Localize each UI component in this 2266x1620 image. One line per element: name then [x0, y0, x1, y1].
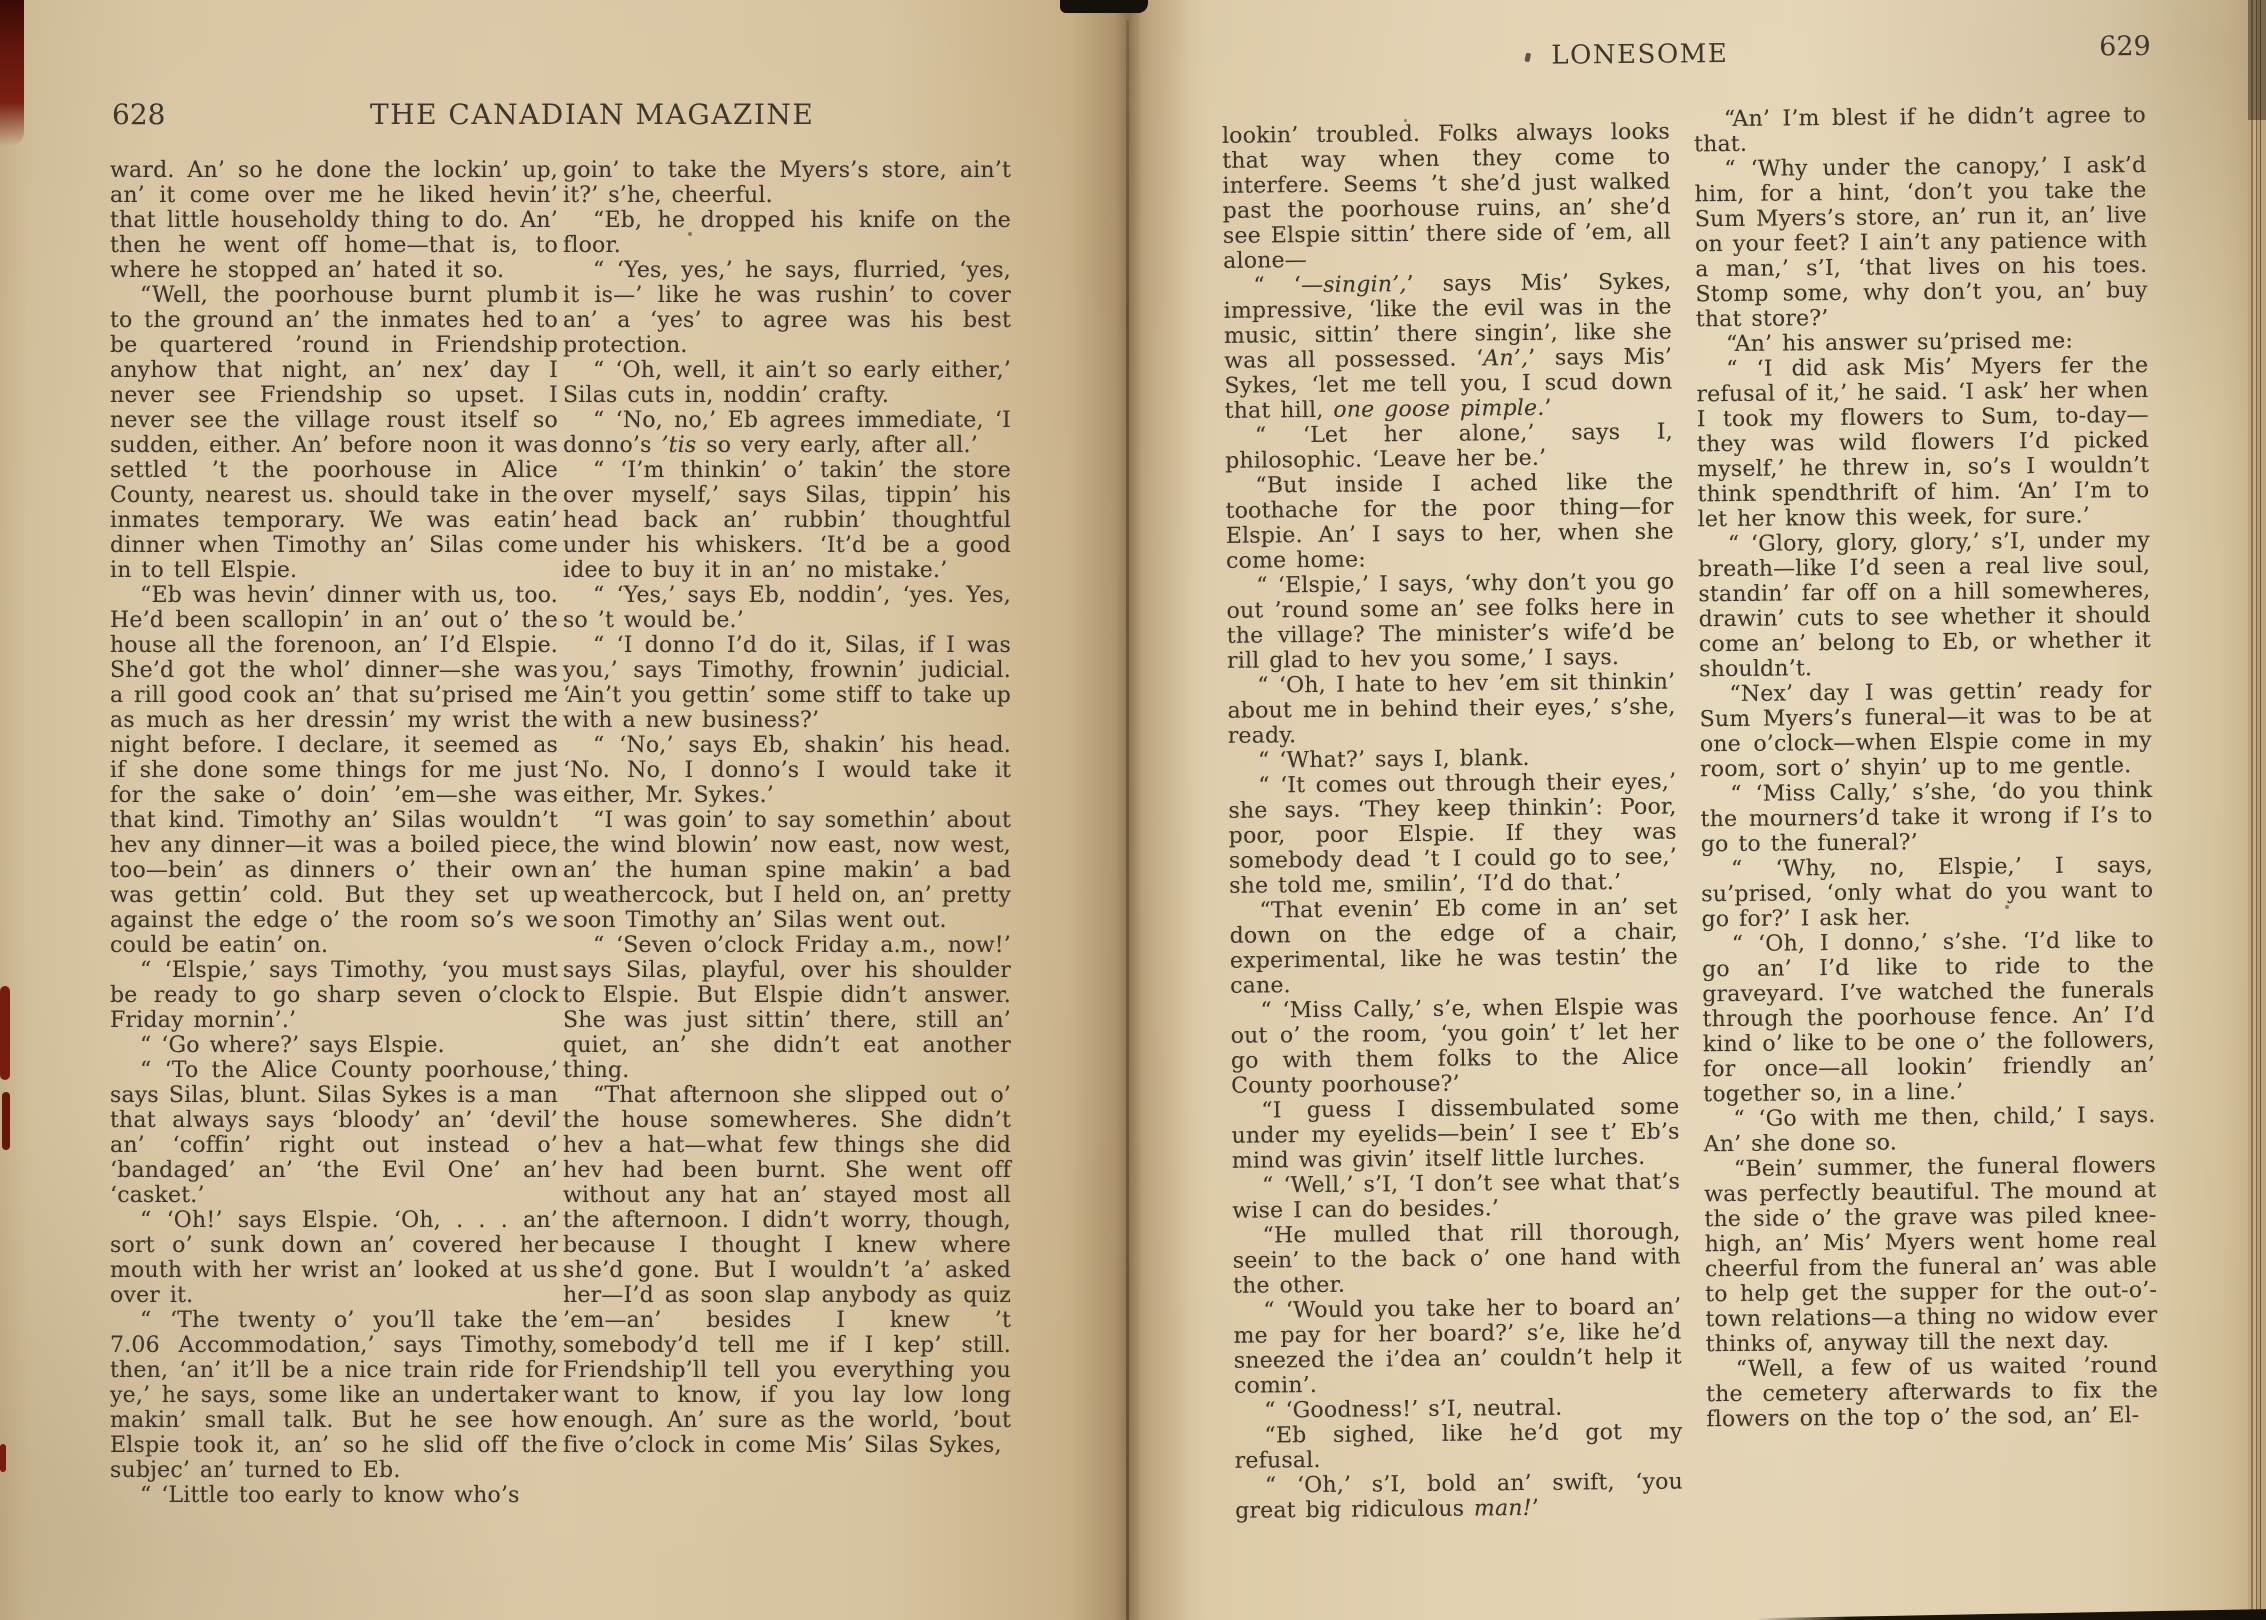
- red-cover-edge-mark: [0, 0, 24, 146]
- paragraph: “ ‘Oh, well, it ain’t so early either,’ …: [563, 358, 1011, 408]
- paragraph: “ ‘Elspie,’ says Timothy, ‘you must be r…: [110, 958, 558, 1033]
- page-number-left: 628: [112, 98, 165, 131]
- paragraph: “ ‘I did ask Mis’ Myers fer the refusal …: [1696, 353, 2150, 532]
- paragraph: “ ‘Would you take her to board an’ me pa…: [1233, 1294, 1682, 1398]
- text-column-3: lookin’ troubled. Folks always looks tha…: [1222, 120, 1683, 1524]
- right-page-content: LONESOME 629 lookin’ troubled. Folks alw…: [1121, 0, 2266, 1620]
- paragraph: “ ‘I’m thinkin’ o’ takin’ the store over…: [563, 458, 1011, 583]
- red-cover-edge-mark: [0, 1444, 6, 1472]
- paragraph: “But inside I ached like the toothache f…: [1225, 470, 1674, 574]
- paragraph: “ ‘Go where?’ says Elspie.: [110, 1033, 558, 1058]
- paragraph: “ ‘It comes out through their eyes,’ she…: [1228, 770, 1677, 899]
- paragraph: “Bein’ summer, the funeral flowers was p…: [1704, 1153, 2158, 1357]
- paragraph: “ ‘Little too early to know who’s: [110, 1483, 558, 1508]
- text-column-4: “An’ I’m blest if he didn’t agree to tha…: [1694, 103, 2159, 1432]
- paragraph: “Well, the poorhouse burnt plumb to the …: [110, 283, 558, 583]
- paragraph: “ ‘I donno I’d do it, Silas, if I was yo…: [563, 633, 1011, 733]
- paragraph: ward. An’ so he done the lockin’ up, an’…: [110, 158, 558, 283]
- paragraph: “ ‘Yes,’ says Eb, noddin’, ‘yes. Yes, so…: [563, 583, 1011, 633]
- paragraph: “ ‘Let her alone,’ says I, philosophic. …: [1225, 420, 1673, 474]
- paragraph: “ ‘Elspie,’ I says, ‘why don’t you go ou…: [1226, 570, 1675, 674]
- red-cover-edge-mark: [2, 1092, 10, 1150]
- text-column-2: goin’ to take the Myers’s store, ain’t i…: [563, 158, 1011, 1458]
- paragraph: “I was goin’ to say somethin’ about the …: [563, 808, 1011, 933]
- paragraph: “ ‘Miss Cally,’ s’e, when Elspie was out…: [1230, 994, 1679, 1098]
- ink-speck: [1524, 52, 1531, 62]
- paragraph: goin’ to take the Myers’s store, ain’t i…: [563, 158, 1011, 208]
- text-column-1: ward. An’ so he done the lockin’ up, an’…: [110, 158, 558, 1508]
- paragraph: “That afternoon she slipped out o’ the h…: [563, 1083, 1011, 1458]
- paragraph: “ ‘Glory, glory, glory,’ s’I, under my b…: [1698, 528, 2151, 682]
- paragraph: “ ‘Why, no, Elspie,’ I says, su’prised, …: [1701, 853, 2154, 932]
- paragraph: “Well, a few of us waited ’round the cem…: [1706, 1353, 2159, 1432]
- paragraph: “ ‘Oh, I donno,’ s’she. ‘I’d like to go …: [1702, 928, 2156, 1107]
- paragraph: “ ‘Seven o’clock Friday a.m., now!’ says…: [563, 933, 1011, 1083]
- paragraph: “ ‘Oh,’ s’I, bold an’ swift, ‘you great …: [1235, 1469, 1683, 1523]
- paragraph: “ ‘No,’ says Eb, shakin’ his head. ‘No. …: [563, 733, 1011, 808]
- book-scan: 628 THE CANADIAN MAGAZINE ward. An’ so h…: [0, 0, 2266, 1620]
- page-number-right: 629: [2099, 31, 2151, 62]
- paragraph: “ ‘Miss Cally,’ s’she, ‘do you think the…: [1700, 778, 2153, 857]
- paragraph: “ ‘Go with me then, child,’ I says. An’ …: [1703, 1103, 2155, 1157]
- paragraph: “Eb, he dropped his knife on the floor.: [563, 208, 1011, 258]
- paragraph: “I guess I dissembulated some under my e…: [1231, 1094, 1680, 1173]
- paragraph: “ ‘Yes, yes,’ he says, flurried, ‘yes, i…: [563, 258, 1011, 358]
- paragraph: “ ‘No, no,’ Eb agrees immediate, ‘I donn…: [563, 408, 1011, 458]
- paragraph: “ ‘Why under the canopy,’ I ask’d him, f…: [1694, 153, 2148, 332]
- paragraph: “Eb was hevin’ dinner with us, too. He’d…: [110, 583, 558, 958]
- paragraph: “ ‘Oh!’ says Elspie. ‘Oh, . . . an’ sort…: [110, 1208, 558, 1308]
- red-cover-edge-mark: [0, 986, 10, 1080]
- paragraph: “ ‘To the Alice County poorhouse,’ says …: [110, 1058, 558, 1208]
- paragraph: “ ‘—singin’,’ says Mis’ Sykes, impressiv…: [1223, 270, 1672, 424]
- running-title-left: THE CANADIAN MAGAZINE: [370, 98, 814, 131]
- paragraph: “ ‘Well,’ s’I, ‘I don’t see what that’s …: [1232, 1169, 1680, 1223]
- running-title-right: LONESOME: [1551, 39, 1728, 71]
- paragraph: “That evenin’ Eb come in an’ set down on…: [1229, 895, 1678, 999]
- paragraph: “ ‘Oh, I hate to hev ’em sit thinkin’ ab…: [1227, 670, 1676, 749]
- paragraph: lookin’ troubled. Folks always looks tha…: [1222, 120, 1671, 274]
- paragraph: “Nex’ day I was gettin’ ready for Sum My…: [1699, 678, 2152, 782]
- paragraph: “He mulled that rill thorough, seein’ to…: [1232, 1219, 1681, 1298]
- paragraph: “An’ I’m blest if he didn’t agree to tha…: [1694, 103, 2146, 157]
- paragraph: “Eb sighed, like he’d got my refusal.: [1234, 1419, 1682, 1473]
- paragraph: “ ‘The twenty o’ you’ll take the 7.06 Ac…: [110, 1308, 558, 1483]
